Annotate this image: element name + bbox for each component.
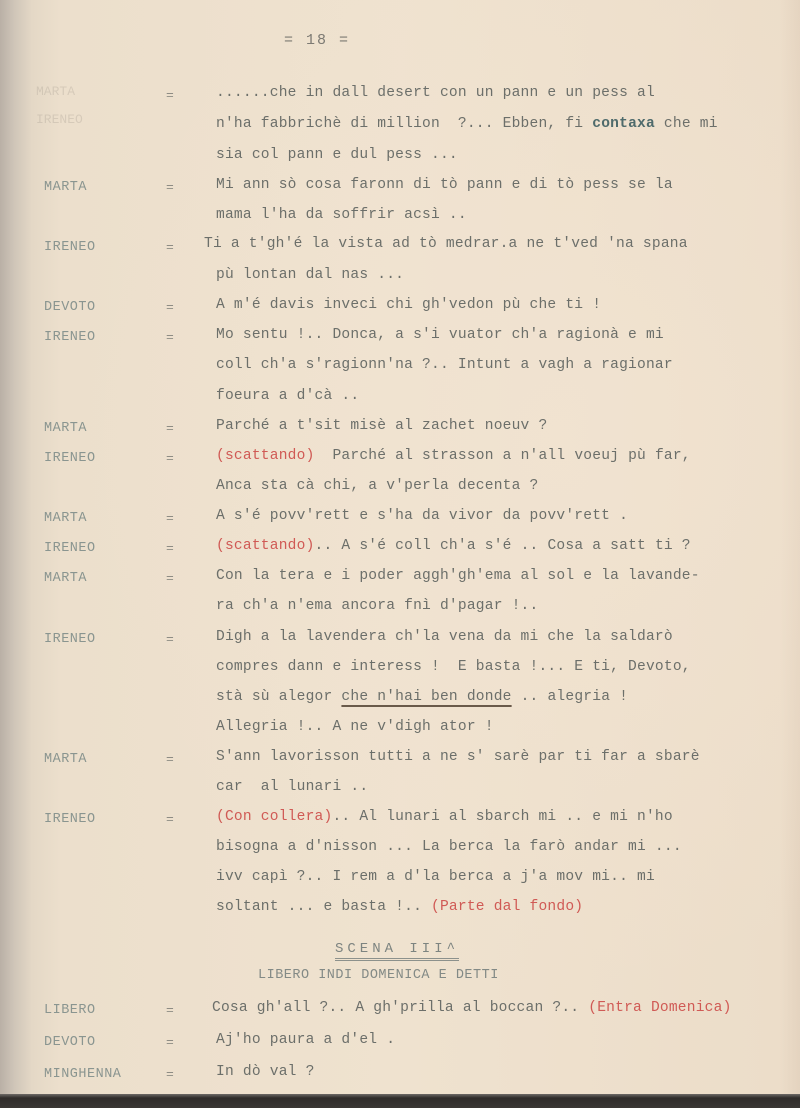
- dialogue-line: Parché a t'sit misè al zachet noeuv ?: [216, 418, 547, 434]
- equals-marker: =: [166, 300, 174, 315]
- speaker-name: MARTA: [44, 180, 87, 195]
- equals-marker: =: [166, 1003, 174, 1018]
- dialogue-line: Anca sta cà chi, a v'perla decenta ?: [216, 478, 538, 494]
- speaker-name: IRENEO: [44, 240, 96, 255]
- speaker-name: IRENEO: [44, 632, 96, 647]
- equals-marker: =: [166, 1035, 174, 1050]
- speaker-name: IRENEO: [44, 812, 96, 827]
- speaker-name: IRENEO: [44, 541, 96, 556]
- text-run: soltant ... e basta !..: [216, 899, 431, 915]
- equals-marker: =: [166, 330, 174, 345]
- text-run: n'ha fabbrichè di million ?... Ebben, fi: [216, 116, 592, 132]
- dialogue-line: stà sù alegor che n'hai ben donde .. ale…: [216, 689, 628, 705]
- dialogue-line: A s'é povv'rett e s'ha da vivor da povv'…: [216, 508, 628, 524]
- speaker-name: MARTA: [44, 571, 87, 586]
- text-run: .. Al lunari al sbarch mi .. e mi n'ho: [332, 809, 672, 825]
- speaker-name: MARTA: [44, 421, 87, 436]
- speaker-name: IRENEO: [44, 330, 96, 345]
- dialogue-line: Ti a t'gh'é la vista ad tò medrar.a ne t…: [204, 236, 688, 252]
- bleed-through-text: IRENEO: [36, 112, 83, 127]
- bleed-through-text: MARTA: [36, 84, 75, 99]
- dialogue-line: (scattando).. A s'é coll ch'a s'é .. Cos…: [216, 538, 691, 554]
- equals-marker: =: [166, 421, 174, 436]
- speaker-name: LIBERO: [44, 1003, 96, 1018]
- equals-marker: =: [166, 541, 174, 556]
- scene-title: SCENA III^: [335, 941, 459, 961]
- page-bottom-shadow: [0, 1094, 800, 1108]
- dialogue-line: ......che in dall desert con un pann e u…: [216, 85, 655, 101]
- text-run: .. alegria !: [512, 689, 628, 705]
- text-run: stà sù alegor: [216, 689, 341, 705]
- dialogue-line: ivv capì ?.. I rem a d'la berca a j'a mo…: [216, 869, 655, 885]
- dialogue-line: Con la tera e i poder aggh'gh'ema al sol…: [216, 568, 700, 584]
- dialogue-line: car al lunari ..: [216, 779, 368, 795]
- stage-direction: (Parte dal fondo): [431, 899, 583, 915]
- equals-marker: =: [166, 451, 174, 466]
- stage-direction: (scattando): [216, 538, 315, 554]
- dialogue-line: Mo sentu !.. Donca, a s'i vuator ch'a ra…: [216, 327, 664, 343]
- dialogue-line: Digh a la lavendera ch'la vena da mi che…: [216, 629, 673, 645]
- dialogue-line: n'ha fabbrichè di million ?... Ebben, fi…: [216, 116, 718, 132]
- dialogue-line: (Con collera).. Al lunari al sbarch mi .…: [216, 809, 673, 825]
- speaker-name: MINGHENNA: [44, 1067, 121, 1082]
- dialogue-line: In dò val ?: [216, 1064, 315, 1080]
- dialogue-line: coll ch'a s'ragionn'na ?.. Intunt a vagh…: [216, 357, 673, 373]
- dialogue-line: compres dann e interess ! E basta !... E…: [216, 659, 691, 675]
- dialogue-line: foeura a d'cà ..: [216, 388, 359, 404]
- scanned-script-page: MARTA IRENEO = 18 = = ......che in dall …: [0, 0, 800, 1095]
- equals-marker: =: [166, 88, 174, 103]
- dialogue-line: Mi ann sò cosa faronn di tò pann e di tò…: [216, 177, 673, 193]
- text-run: che mi: [655, 116, 718, 132]
- stage-direction: (Entra Domenica): [588, 1000, 731, 1016]
- dialogue-line: Aj'ho paura a d'el .: [216, 1032, 395, 1048]
- dialogue-line: ra ch'a n'ema ancora fnì d'pagar !..: [216, 598, 538, 614]
- dialogue-line: soltant ... e basta !.. (Parte dal fondo…: [216, 899, 583, 915]
- equals-marker: =: [166, 1067, 174, 1082]
- text-run: Cosa gh'all ?.. A gh'prilla al boccan ?.…: [212, 1000, 588, 1016]
- equals-marker: =: [166, 511, 174, 526]
- equals-marker: =: [166, 752, 174, 767]
- stage-direction: (Con collera): [216, 809, 332, 825]
- speaker-name: IRENEO: [44, 451, 96, 466]
- overtyped-word: contaxa: [592, 116, 655, 132]
- scene-cast: LIBERO INDI DOMENICA E DETTI: [258, 968, 499, 983]
- equals-marker: =: [166, 812, 174, 827]
- dialogue-line: (scattando) Parché al strasson a n'all v…: [216, 448, 691, 464]
- dialogue-line: A m'é davis inveci chi gh'vedon pù che t…: [216, 297, 601, 313]
- dialogue-line: S'ann lavorisson tutti a ne s' sarè par …: [216, 749, 700, 765]
- dialogue-line: pù lontan dal nas ...: [216, 267, 404, 283]
- underlined-phrase: che n'hai ben donde: [341, 689, 511, 705]
- text-run: Parché al strasson a n'all voeuj pù far,: [315, 448, 691, 464]
- equals-marker: =: [166, 180, 174, 195]
- dialogue-line: Cosa gh'all ?.. A gh'prilla al boccan ?.…: [212, 1000, 732, 1016]
- speaker-name: MARTA: [44, 511, 87, 526]
- speaker-name: DEVOTO: [44, 1035, 96, 1050]
- equals-marker: =: [166, 240, 174, 255]
- dialogue-line: sia col pann e dul pess ...: [216, 147, 458, 163]
- equals-marker: =: [166, 632, 174, 647]
- dialogue-line: bisogna a d'nisson ... La berca la farò …: [216, 839, 682, 855]
- dialogue-line: Allegria !.. A ne v'digh ator !: [216, 719, 494, 735]
- speaker-name: MARTA: [44, 752, 87, 767]
- speaker-name: DEVOTO: [44, 300, 96, 315]
- dialogue-line: mama l'ha da soffrir acsì ..: [216, 207, 467, 223]
- stage-direction: (scattando): [216, 448, 315, 464]
- equals-marker: =: [166, 571, 174, 586]
- text-run: .. A s'é coll ch'a s'é .. Cosa a satt ti…: [315, 538, 691, 554]
- page-number: = 18 =: [284, 32, 350, 49]
